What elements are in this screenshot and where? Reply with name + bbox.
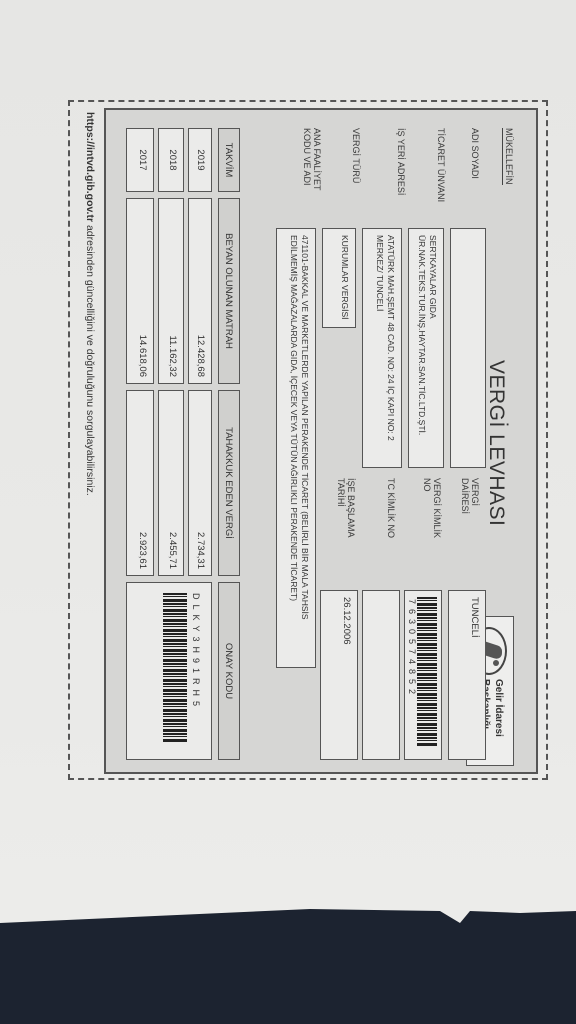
row-2017-vergi: 2.923,61 bbox=[126, 390, 154, 576]
adi-soyadi-value bbox=[450, 228, 486, 468]
table-header-onay: ONAY KODU bbox=[218, 582, 240, 760]
onay-kodu-box: DLKY3H91RH5 bbox=[126, 582, 212, 760]
ana-faaliyet-label: ANA FAALİYET KODU VE ADI bbox=[301, 128, 322, 198]
vergi-turu-value: KURUMLAR VERGİSİ bbox=[322, 228, 356, 328]
ticaret-unvani-label: TİCARET ÜNVANI bbox=[436, 128, 446, 202]
row-2019-vergi: 2.734,31 bbox=[188, 390, 212, 576]
tc-kimlik-no-value bbox=[362, 590, 400, 760]
verification-link[interactable]: https://intvd.gib.gov.tr bbox=[84, 112, 96, 222]
ise-baslama-value: 26.12.2006 bbox=[320, 590, 358, 760]
footer-text: adresinden güncelliğini ve doğruluğunu s… bbox=[84, 222, 96, 496]
table-header-vergi: TAHAKKUK EDEN VERGİ bbox=[218, 390, 240, 576]
section-label: MÜKELLEFİN bbox=[502, 128, 514, 185]
table-header-takvim: TAKVİM bbox=[218, 128, 240, 192]
vergi-turu-label: VERGİ TÜRÜ bbox=[351, 128, 361, 183]
row-2018-vergi: 2.455,71 bbox=[158, 390, 184, 576]
adi-soyadi-label: ADI SOYADI bbox=[470, 128, 480, 179]
ticaret-unvani-value: SERTKAYALAR GIDA ÜR.NAK.TEKS.TUR.İNŞ.HAY… bbox=[408, 228, 444, 468]
onay-barcode-icon bbox=[163, 593, 187, 743]
desk-background bbox=[0, 905, 576, 1024]
is-yeri-adresi-label: İŞ YERİ ADRESİ bbox=[396, 128, 406, 195]
page-title: VERGİ LEVHASI bbox=[484, 360, 508, 526]
document-frame: VERGİ LEVHASI Gelir İdaresi Başkanlığı M… bbox=[104, 108, 538, 774]
row-2019-year: 2019 bbox=[188, 128, 212, 192]
vergi-dairesi-value: TUNCELİ bbox=[448, 590, 486, 760]
issuer-line1: Gelir İdaresi bbox=[492, 679, 505, 737]
row-2019-matrah: 12.428,68 bbox=[188, 198, 212, 384]
row-2018-year: 2018 bbox=[158, 128, 184, 192]
vergi-kimlik-no-label: VERGİ KİMLİK NO bbox=[421, 478, 442, 548]
row-2017-year: 2017 bbox=[126, 128, 154, 192]
logo-dot bbox=[493, 660, 499, 666]
onay-kodu-value: DLKY3H91RH5 bbox=[190, 593, 201, 711]
vergi-dairesi-label: VERGİ DAİRESİ bbox=[459, 478, 480, 538]
row-2017-matrah: 14.618,06 bbox=[126, 198, 154, 384]
is-yeri-adresi-value: ATATÜRK MAH.ŞEMT 48 CAD. NO: 24 İÇ KAPI … bbox=[362, 228, 402, 468]
vergi-kimlik-no-box: 7630574852 bbox=[404, 590, 442, 760]
ana-faaliyet-value: 471101-BAKKAL VE MARKETLERDE YAPILAN PER… bbox=[276, 228, 316, 668]
footer-note: https://intvd.gib.gov.tr adresinden günc… bbox=[84, 112, 96, 496]
vkn-digits: 7630574852 bbox=[406, 599, 417, 699]
ise-baslama-label: İŞE BAŞLAMA TARİHİ bbox=[335, 478, 356, 538]
tc-kimlik-no-label: TC KİMLİK NO bbox=[386, 478, 396, 538]
vkn-barcode-icon bbox=[417, 597, 437, 747]
table-header-matrah: BEYAN OLUNAN MATRAH bbox=[218, 198, 240, 384]
vergi-levhasi-document: VERGİ LEVHASI Gelir İdaresi Başkanlığı M… bbox=[68, 100, 548, 780]
row-2018-matrah: 11.162,32 bbox=[158, 198, 184, 384]
